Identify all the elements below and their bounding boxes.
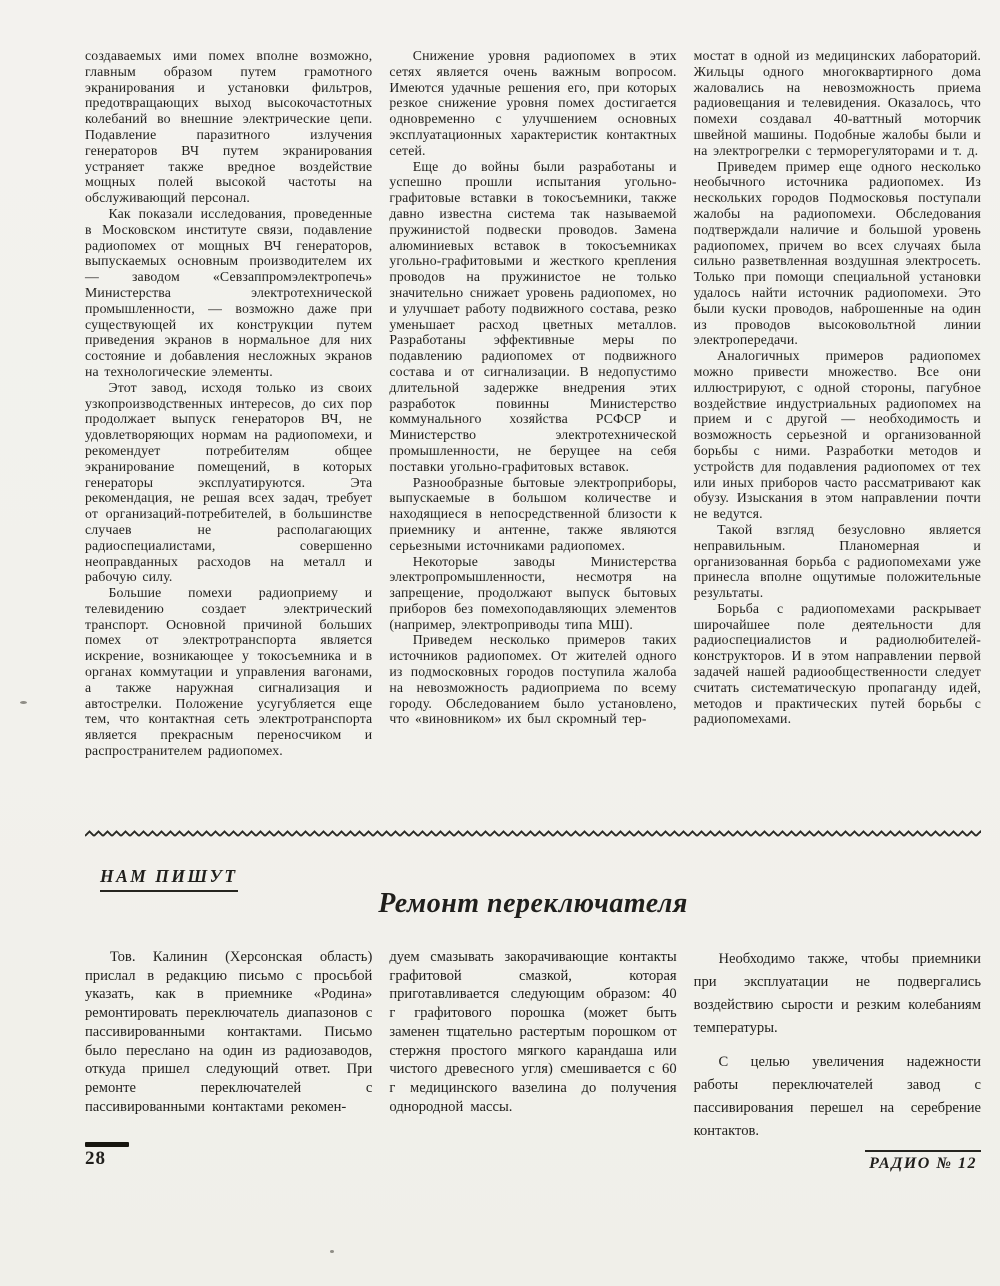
body-paragraph: Снижение уровня радиопомех в этих сетях … (389, 48, 676, 159)
body-paragraph: Приведем пример еще одного несколько нео… (694, 159, 981, 349)
body-paragraph: мостат в одной из медицинских лаборатори… (694, 48, 981, 159)
body-paragraph: дуем смазывать закорачивающие контакты г… (389, 948, 676, 1116)
body-paragraph: Этот завод, исходя только из своих узкоп… (85, 380, 372, 585)
top-column-3: мостат в одной из медицинских лаборатори… (694, 48, 981, 759)
body-paragraph: С целью увеличения надежности работы пер… (694, 1051, 981, 1143)
scan-speck (330, 1250, 334, 1253)
wavy-divider (85, 826, 981, 836)
magazine-page: создаваемых ими помех вполне возможно, г… (0, 0, 1000, 1286)
page-number-block: 28 (85, 1142, 129, 1170)
body-paragraph: Разнообразные бытовые электроприборы, вы… (389, 475, 676, 554)
page-footer: 28 РАДИО № 12 (85, 1142, 981, 1173)
body-paragraph: Еще до войны были разработаны и успешно … (389, 159, 676, 475)
body-paragraph: Аналогичных примеров радиопомех можно пр… (694, 348, 981, 522)
bottom-column-1: Тов. Калинин (Херсонская область) присла… (85, 948, 372, 1143)
scan-speck (20, 701, 27, 704)
body-paragraph: создаваемых ими помех вполне возможно, г… (85, 48, 372, 206)
body-paragraph: Как показали исследования, проведенные в… (85, 206, 372, 380)
page-number: 28 (85, 1148, 129, 1170)
body-paragraph: Приведем несколько примеров таких источн… (389, 632, 676, 727)
body-paragraph: Борьба с радиопомехами раскрывает широча… (694, 601, 981, 727)
top-article-columns: создаваемых ими помех вполне возможно, г… (85, 48, 981, 759)
body-paragraph: Такой взгляд безусловно является неправи… (694, 522, 981, 601)
body-paragraph: Некоторые заводы Министерства электропро… (389, 554, 676, 633)
body-paragraph: Большие помехи радиоприему и телевидению… (85, 585, 372, 759)
article-title: Ремонт переключателя (368, 888, 698, 920)
bottom-column-3: Необходимо также, чтобы приемники при эк… (694, 948, 981, 1143)
page-number-bar (85, 1142, 129, 1147)
journal-name: РАДИО № 12 (865, 1150, 981, 1173)
bottom-article-columns: Тов. Калинин (Херсонская область) присла… (85, 948, 981, 1143)
top-column-2: Снижение уровня радиопомех в этих сетях … (389, 48, 676, 759)
rubric-nam-pishut: НАМ ПИШУТ (100, 866, 238, 892)
top-column-1: создаваемых ими помех вполне возможно, г… (85, 48, 372, 759)
body-paragraph: Необходимо также, чтобы приемники при эк… (694, 948, 981, 1040)
body-paragraph: Тов. Калинин (Херсонская область) присла… (85, 948, 372, 1116)
bottom-column-2: дуем смазывать закорачивающие контакты г… (389, 948, 676, 1143)
